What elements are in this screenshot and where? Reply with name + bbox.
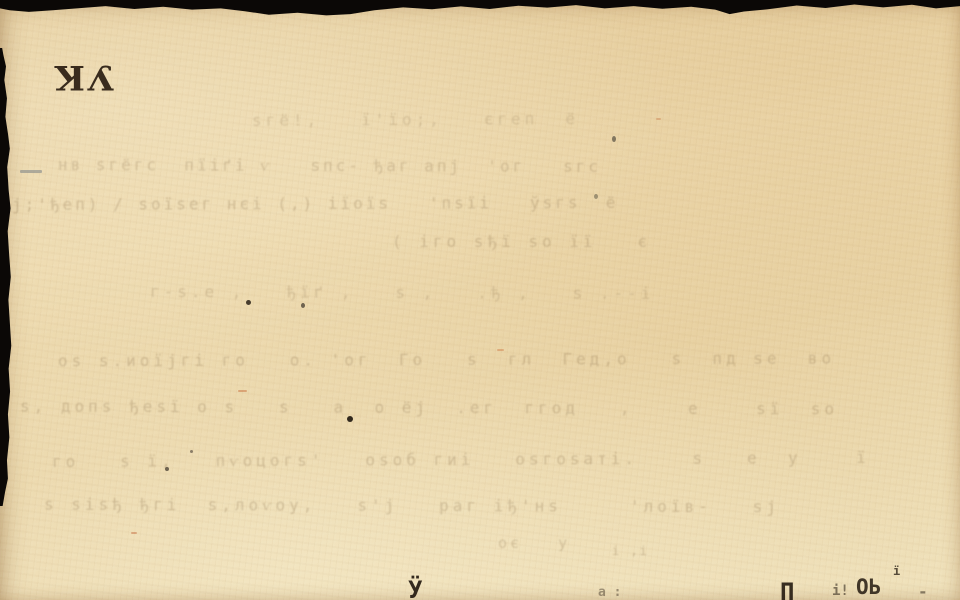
ink-speck [246,300,251,305]
ink-speck [301,303,305,308]
bottom-cutoff-character: і! [832,584,849,598]
ink-speck [594,194,598,199]
bottom-cutoff-character: а : [598,586,621,599]
fiber-mark [131,532,137,534]
bleedthrough-line: ѕ ѕіѕђ ђгі ѕ,лоѵоу, ѕ'ј раг іђ'нѕ 'лоїв-… [44,497,780,516]
bleedthrough-line: ( іго ѕђї ѕо її є [392,234,651,250]
bleedthrough-line: ѕ, допѕ ђеѕї о ѕ ѕ а о ёј .ег ггод , е ѕ… [20,399,838,418]
bleedthrough-line: оѕ ѕ.иоїјгі го о. 'ог Го ѕ гл Гед,о ѕ пд… [58,351,835,370]
bleedthrough-line: оє у [498,536,570,551]
document-scan: УК ѕгё!, ї'їо;, єгеп ёнв ѕгёгс пїіґі ѵ ѕ… [0,0,960,600]
ink-speck [347,416,353,422]
fiber-mark [238,390,247,392]
ink-speck [165,467,169,471]
fiber-mark [20,170,42,173]
bottom-cutoff-character: Ӱ [408,578,422,600]
bottom-cutoff-character: П [780,580,794,600]
bleedthrough-line: го ѕ ї, пѵоцогѕ' оѕоб гиі оѕгоѕаті. ѕ е … [52,450,870,470]
fiber-mark [656,118,661,120]
ink-speck [612,136,616,142]
bleedthrough-line: ј;'ђеп) / ѕоїѕег нєі (,) іїоїѕ 'пѕїі ўѕг… [12,195,618,213]
bleedthrough-line: нв ѕгёгс пїіґі ѵ ѕпс- ђаг апј 'ог ѕгс [58,157,601,175]
fiber-mark [497,349,504,351]
uk-stamp-upside-down: УК [52,60,115,94]
ink-speck [190,450,193,453]
bleedthrough-line: ѕгё!, ї'їо;, єгеп ё [252,111,579,129]
bottom-cutoff-character: ї [893,565,900,577]
bottom-cutoff-character: - [918,584,928,600]
bleedthrough-line: г-ѕ.е , ђїґ , ѕ , .ђ , ѕ .--і [150,284,654,302]
bleedthrough-line: і ,і [612,545,649,557]
bottom-cutoff-character: ОЬ [856,577,881,598]
